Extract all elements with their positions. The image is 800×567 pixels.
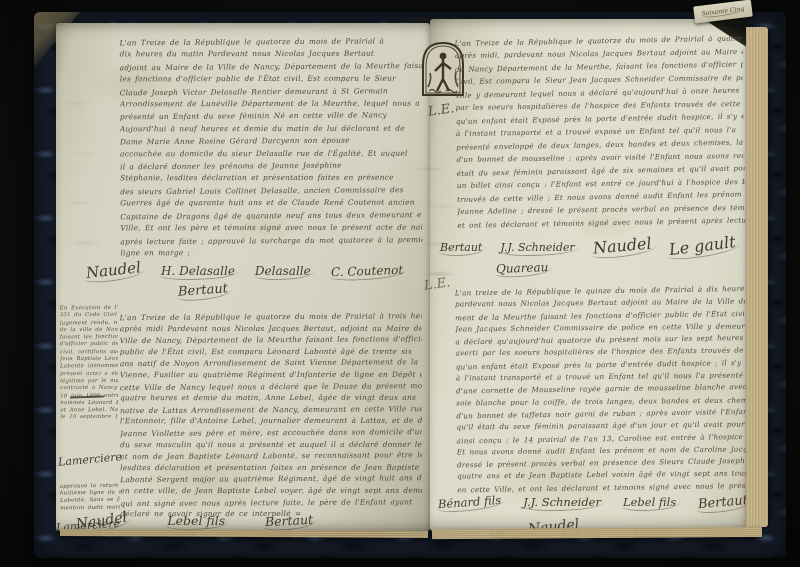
folio-number-text: Soixante Cinq — [701, 5, 744, 18]
margin-note-line: contracté à Nancy le — [60, 385, 118, 393]
legitimation-margin-note: En Exécution de l'article331 du Code Civ… — [60, 305, 119, 422]
margin-note-line: le 10 septembre 1806. — [60, 414, 118, 422]
act2-signatures-row: NaudelLebel filsBertaut — [74, 513, 317, 531]
handwritten-line: L'an Treize de la République le quatorze… — [120, 310, 422, 324]
signature: J.J. Schneider — [498, 241, 578, 256]
handwritten-line: en cette ville, de Jean Baptiste Lebel v… — [120, 485, 422, 497]
foundling-act-2-text: L'an treize de la République le quinze d… — [455, 283, 748, 496]
margin-note-line: d'officier public de l'état — [60, 341, 118, 349]
signature: Bertaut — [696, 493, 753, 515]
signature: H. Delasalle — [159, 264, 239, 280]
signature: Quareau — [494, 260, 553, 278]
right-page: L.E. L.E. L'an Treize de la République l… — [430, 19, 746, 531]
right-act1-signatures-row: BertautJ.J. SchneiderNaudelLe gault — [438, 236, 740, 257]
handwritten-line: les fonctions d'officier public de l'Éta… — [120, 73, 422, 86]
signature: Le gault — [666, 232, 741, 262]
act1-official-signature: Bertaut — [176, 283, 232, 300]
margin-note-line: présent acte) a été — [60, 371, 118, 379]
signature: Delasalle — [253, 264, 315, 280]
signature: J.J. Schneider — [521, 495, 605, 511]
margin-note-line: 331 du Code Civil, et du — [60, 312, 118, 320]
erasure-approval-note: approuvé la rature de lahuitième ligne d… — [60, 482, 120, 512]
birth-act-delasalle-text: L'an Treize de la République le quatorze… — [120, 35, 423, 260]
handwritten-line: quatre heures et demie du matin, Anne Le… — [120, 392, 422, 404]
foundling-act-1-text: L'an Treize de la République le quatorze… — [454, 32, 745, 231]
handwritten-line: Ville, Et ont les père et témoins signé … — [120, 222, 422, 235]
act1-signatures-row: NaudelH. DelasalleDelasalleC. Coutenot — [84, 261, 407, 281]
handwritten-line: ligne en marge ; — [120, 247, 422, 260]
handwritten-line: Guerres âgé de quarante huit ans et de C… — [120, 197, 422, 210]
page-edge-stack-right — [746, 27, 768, 527]
signature: Lebel fils — [165, 513, 229, 530]
signature: Bertaut — [175, 281, 232, 302]
handwritten-line: Vienne, Fusilier au quatrième Régiment d… — [120, 369, 422, 381]
signature: Lebel fils — [621, 495, 680, 511]
birth-act-labonte-text: L'an Treize de la République le quatorze… — [120, 310, 423, 520]
signature: C. Coutenot — [328, 263, 407, 282]
signature: Naudel — [83, 258, 146, 284]
signature: Bénard fils — [436, 493, 506, 514]
left-page: L'an Treize de la République le quatorze… — [56, 23, 430, 531]
handwritten-line: l'Entonnoir, fille d'Antoine Lebel, jour… — [120, 415, 422, 427]
right-act2-signatures-row: Bénard filsJ.J. SchneiderLebel filsBerta… — [436, 495, 752, 512]
right-act1-signature-row2: Quareau — [494, 261, 552, 277]
signature: Naudel — [590, 233, 656, 260]
photograph-of-open-register: L'an Treize de la République le quatorze… — [0, 0, 800, 567]
handwritten-line: Stéphanie, lesdites déclaration et prése… — [120, 172, 422, 185]
handwritten-line: Jeanne Viollette ses père et mère, est a… — [120, 426, 422, 440]
signature: Bertaut — [263, 512, 318, 532]
handwritten-line: dix heures du matin Pardevant nous Nicol… — [120, 48, 422, 61]
signature: Bertaut — [438, 241, 486, 256]
